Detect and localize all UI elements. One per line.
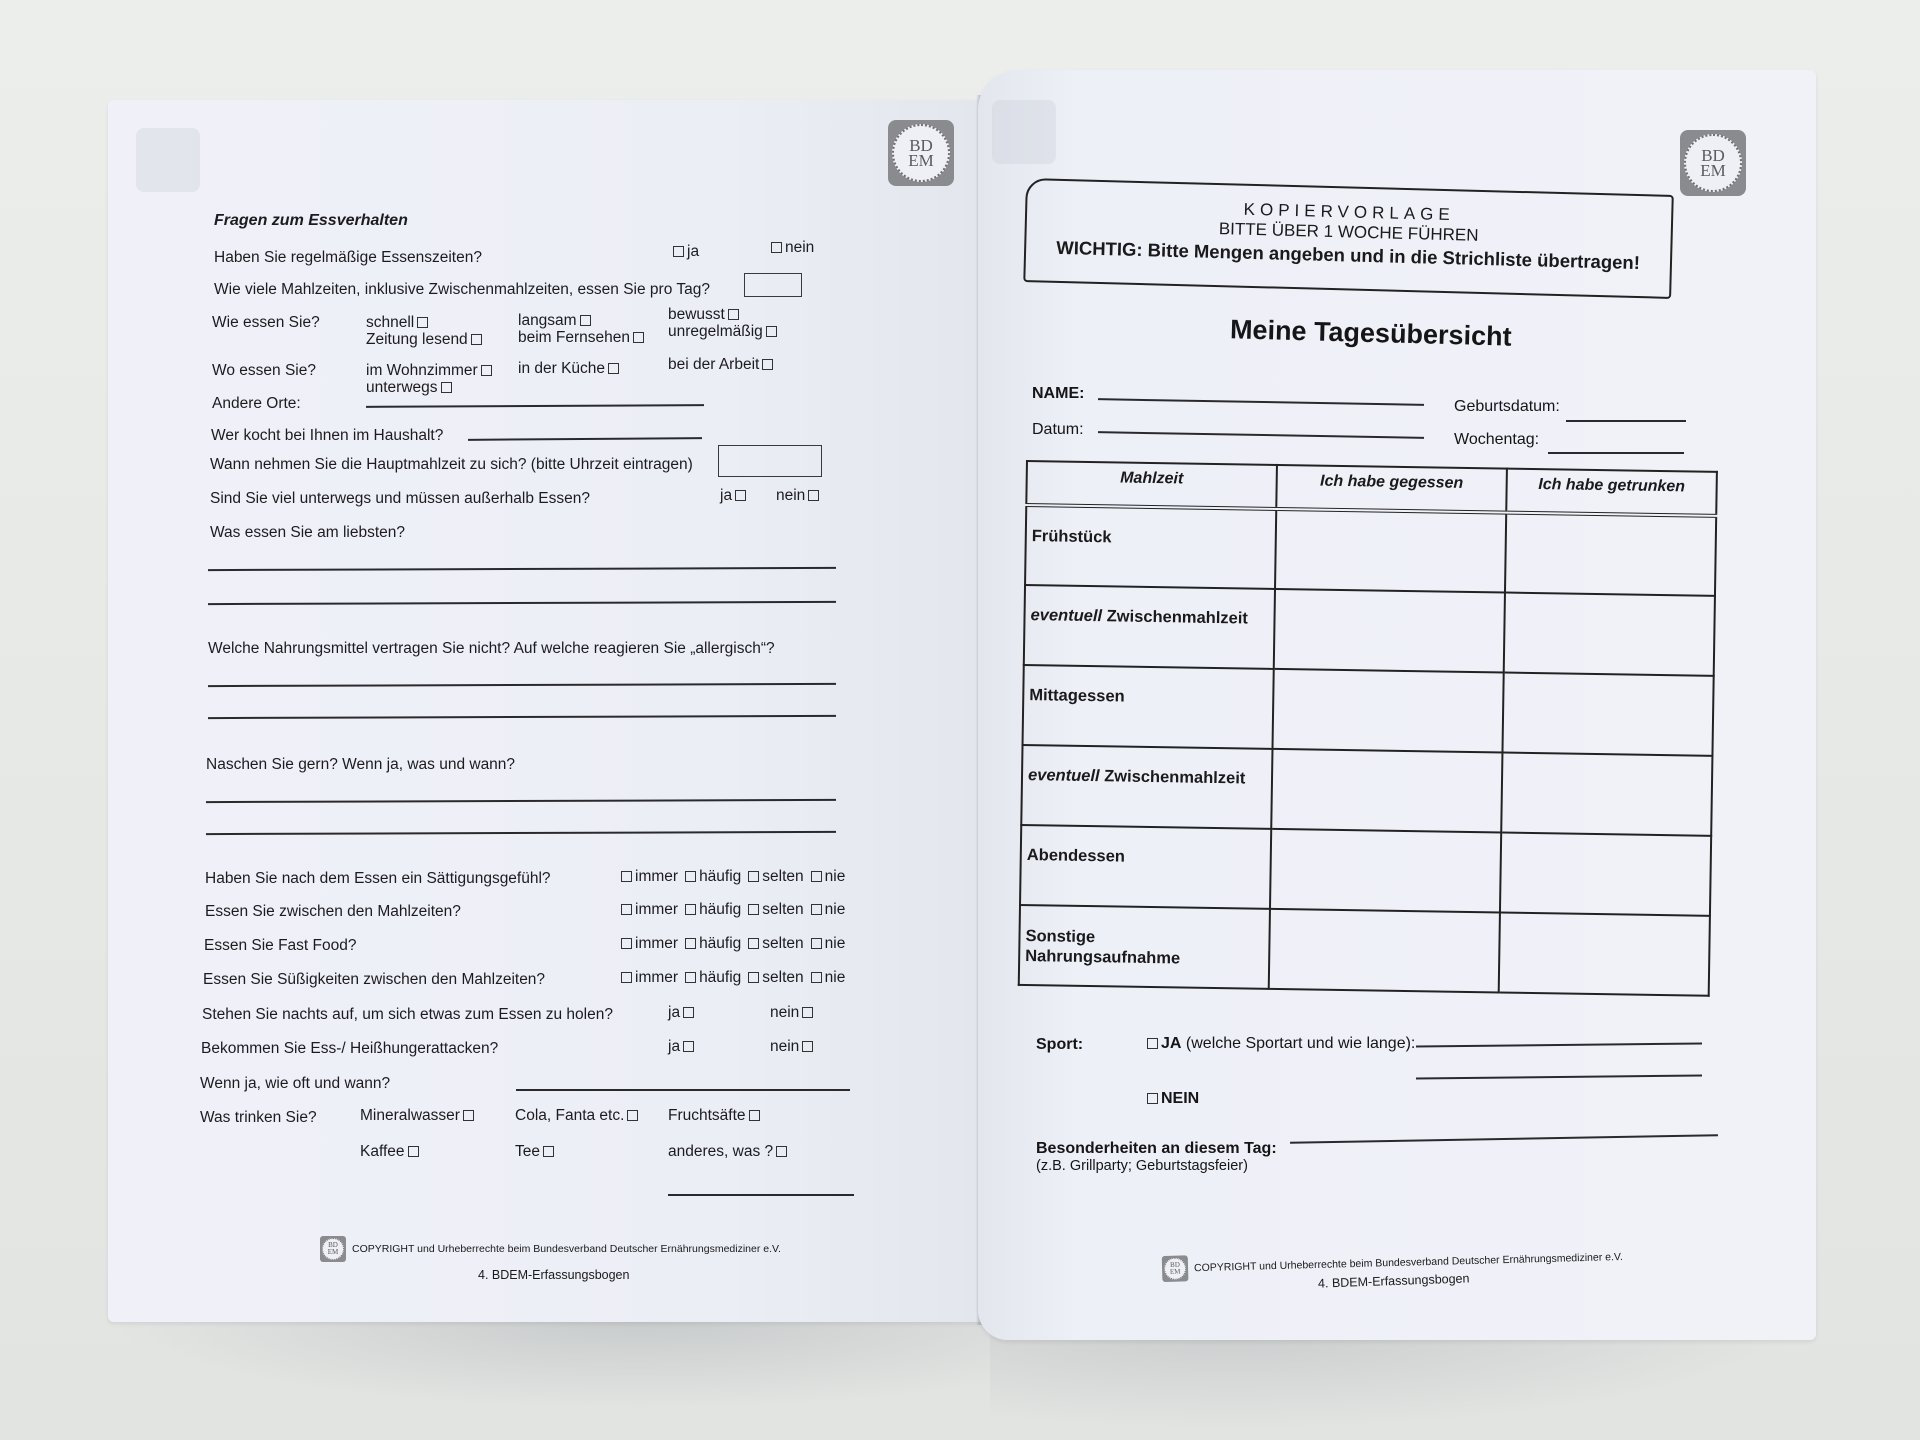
option-wohnzimmer[interactable]: im Wohnzimmer [366, 362, 495, 379]
option-immer[interactable]: immer [618, 868, 678, 885]
bdem-logo: BDEM [1680, 130, 1746, 196]
table-row: eventuell Zwischenmahlzeit [1024, 585, 1715, 676]
meals-count-input[interactable] [744, 273, 802, 297]
option-mineralwasser[interactable]: Mineralwasser [360, 1107, 477, 1125]
checkbox[interactable] [685, 972, 696, 983]
frequency-question: Haben Sie nach dem Essen ein Sättigungsg… [205, 870, 551, 888]
meal-name-cell: Frühstück [1025, 505, 1276, 589]
option-selten[interactable]: selten [745, 935, 803, 952]
drunk-cell[interactable] [1501, 753, 1712, 836]
page-title: Meine Tagesübersicht [1230, 314, 1512, 352]
drunk-cell[interactable] [1499, 913, 1710, 996]
drunk-cell[interactable] [1500, 833, 1711, 916]
checkbox[interactable] [776, 1146, 787, 1157]
favorite-answer-line[interactable] [208, 601, 836, 605]
checkbox[interactable] [802, 1041, 813, 1052]
snacking-answer-line[interactable] [206, 799, 836, 803]
weekday-label: Wochentag: [1454, 431, 1539, 449]
meal-prefix: eventuell [1030, 606, 1102, 625]
option-nein[interactable]: nein [770, 1038, 816, 1056]
frequency-question: Essen Sie Süßigkeiten zwischen den Mahlz… [203, 971, 545, 989]
option-häufig[interactable]: häufig [682, 969, 741, 986]
option-immer[interactable]: immer [618, 935, 678, 952]
frequency-question: Essen Sie Fast Food? [204, 937, 357, 955]
checkbox[interactable] [471, 334, 482, 345]
option-arbeit[interactable]: bei der Arbeit [668, 356, 776, 374]
checkbox[interactable] [633, 332, 644, 343]
checkbox[interactable] [621, 938, 632, 949]
bleed-through-logo [136, 128, 200, 192]
option-häufig[interactable]: häufig [682, 935, 741, 952]
checkbox[interactable] [808, 490, 819, 501]
question-snacking: Naschen Sie gern? Wenn ja, was und wann? [206, 756, 515, 774]
checkbox[interactable] [748, 938, 759, 949]
name-input-line[interactable] [1098, 398, 1424, 405]
meal-label: Sonstige Nahrungsaufnahme [1025, 926, 1186, 969]
option-nein[interactable]: nein [770, 1004, 816, 1022]
checkbox[interactable] [1147, 1038, 1158, 1049]
option-bewusst[interactable]: bewusst [668, 306, 780, 323]
option-anderes[interactable]: anderes, was ? [668, 1143, 790, 1161]
header-eaten: Ich habe gegessen [1276, 465, 1507, 513]
checkbox[interactable] [417, 317, 428, 328]
meal-name-cell: eventuell Zwischenmahlzeit [1021, 745, 1272, 829]
checkbox[interactable] [802, 1007, 813, 1018]
meal-name-cell: Abendessen [1020, 825, 1271, 909]
option-selten[interactable]: selten [745, 969, 803, 986]
special-events-hint: (z.B. Grillparty; Geburtstagsfeier) [1036, 1158, 1248, 1174]
special-events-label: Besonderheiten an diesem Tag: [1036, 1140, 1277, 1158]
checkbox[interactable] [728, 309, 739, 320]
question-other-places: Andere Orte: [212, 395, 301, 413]
question-favorite-food: Was essen Sie am liebsten? [210, 524, 405, 542]
question-allergy: Welche Nahrungsmittel vertragen Sie nich… [208, 640, 775, 658]
option-ja[interactable]: ja [668, 1038, 697, 1056]
checkbox[interactable] [811, 904, 822, 915]
option-immer[interactable]: immer [618, 969, 678, 986]
question-meals-count: Wie viele Mahlzeiten, inklusive Zwischen… [214, 281, 710, 299]
drunk-cell[interactable] [1505, 513, 1716, 596]
option-häufig[interactable]: häufig [682, 868, 741, 885]
checkbox[interactable] [762, 359, 773, 370]
option-ja[interactable]: ja [668, 1004, 697, 1022]
frequency-options: immerhäufigseltennie [618, 901, 849, 919]
checkbox[interactable] [621, 904, 632, 915]
weekday-input-line[interactable] [1548, 452, 1684, 454]
option-nein[interactable]: nein [776, 487, 822, 505]
table-row: Sonstige Nahrungsaufnahme [1019, 905, 1710, 996]
checkbox[interactable] [685, 938, 696, 949]
allergy-answer-line[interactable] [208, 683, 836, 687]
checkbox[interactable] [811, 871, 822, 882]
checkbox[interactable] [771, 242, 782, 253]
meal-label: Zwischenmahlzeit [1107, 607, 1248, 627]
bdem-logo-small: BDEM [1162, 1255, 1189, 1282]
option-nie[interactable]: nie [808, 969, 846, 986]
option-langsam[interactable]: langsam [518, 312, 647, 329]
checkbox[interactable] [627, 1110, 638, 1121]
bdem-logo: BDEM [888, 120, 954, 186]
option-kueche[interactable]: in der Küche [518, 360, 622, 378]
question-how-often: Wenn ja, wie oft und wann? [200, 1075, 390, 1093]
meal-label: Frühstück [1032, 527, 1112, 546]
option-nie[interactable]: nie [808, 935, 846, 952]
checkbox[interactable] [811, 972, 822, 983]
option-selten[interactable]: selten [745, 901, 803, 918]
checkbox[interactable] [608, 363, 619, 374]
option-unterwegs[interactable]: unterwegs [366, 379, 495, 396]
birthdate-label: Geburtsdatum: [1454, 398, 1560, 416]
question-on-the-go: Sind Sie viel unterwegs und müssen außer… [210, 490, 590, 508]
checkbox[interactable] [1147, 1093, 1158, 1104]
name-label: NAME: [1032, 385, 1084, 403]
header-meal: Mahlzeit [1026, 461, 1277, 509]
eaten-cell[interactable] [1271, 749, 1502, 833]
checkbox[interactable] [748, 871, 759, 882]
question-night-eating: Stehen Sie nachts auf, um sich etwas zum… [202, 1006, 613, 1024]
section-title: Fragen zum Essverhalten [214, 212, 408, 230]
checkbox[interactable] [673, 246, 684, 257]
copy-template-banner: KOPIERVORLAGE BITTE ÜBER 1 WOCHE FÜHREN … [1023, 178, 1674, 299]
checkbox[interactable] [748, 972, 759, 983]
checkbox[interactable] [811, 938, 822, 949]
sport-yes-option[interactable]: JA (welche Sportart und wie lange): [1144, 1035, 1415, 1053]
sport-label: Sport: [1036, 1036, 1083, 1054]
sport-answer-line[interactable] [1416, 1075, 1702, 1079]
question-how-eat: Wie essen Sie? [212, 314, 320, 332]
left-page-questionnaire: BDEM Fragen zum Essverhalten Haben Sie r… [108, 100, 984, 1322]
main-meal-time-input[interactable] [718, 445, 822, 477]
favorite-answer-line[interactable] [208, 567, 836, 571]
checkbox[interactable] [735, 490, 746, 501]
how-often-answer-line[interactable] [516, 1089, 850, 1091]
allergy-answer-line[interactable] [208, 715, 836, 719]
checkbox[interactable] [748, 904, 759, 915]
option-nein[interactable]: nein [768, 239, 814, 257]
meal-label: Zwischenmahlzeit [1104, 767, 1245, 787]
birthdate-input-line[interactable] [1566, 420, 1686, 422]
question-who-cooks: Wer kocht bei Ihnen im Haushalt? [211, 427, 443, 445]
option-nie[interactable]: nie [808, 868, 846, 885]
option-häufig[interactable]: häufig [682, 901, 741, 918]
option-ja[interactable]: ja [670, 243, 699, 261]
meal-label: Mittagessen [1029, 686, 1125, 705]
checkbox[interactable] [441, 382, 452, 393]
checkbox[interactable] [749, 1110, 760, 1121]
date-label: Datum: [1032, 421, 1084, 439]
drunk-cell[interactable] [1502, 673, 1713, 756]
checkbox[interactable] [685, 904, 696, 915]
other-places-answer-line[interactable] [366, 404, 704, 407]
date-input-line[interactable] [1098, 431, 1424, 438]
option-kaffee[interactable]: Kaffee [360, 1143, 422, 1161]
meal-label: Abendessen [1027, 846, 1125, 866]
question-where-eat: Wo essen Sie? [212, 362, 316, 380]
who-cooks-answer-line[interactable] [468, 437, 702, 440]
table-row: Frühstück [1025, 505, 1716, 596]
option-zeitung-lesend[interactable]: Zeitung lesend [366, 331, 485, 348]
checkbox[interactable] [408, 1146, 419, 1157]
eaten-cell[interactable] [1270, 829, 1501, 913]
question-main-meal-time: Wann nehmen Sie die Hauptmahlzeit zu sic… [210, 456, 693, 474]
eaten-cell[interactable] [1274, 589, 1505, 673]
meal-log-table: Mahlzeit Ich habe gegessen Ich habe getr… [1018, 460, 1718, 997]
footer-copyright: BDEM COPYRIGHT und Urheberrechte beim Bu… [320, 1236, 781, 1262]
question-regular-meals: Haben Sie regelmäßige Essenszeiten? [214, 249, 482, 267]
snacking-answer-line[interactable] [206, 831, 836, 835]
right-page-daily-overview: BDEM KOPIERVORLAGE BITTE ÜBER 1 WOCHE FÜ… [978, 70, 1816, 1340]
question-drinks: Was trinken Sie? [200, 1109, 317, 1127]
option-tee[interactable]: Tee [515, 1143, 557, 1161]
option-fruchtsaefte[interactable]: Fruchtsäfte [668, 1107, 763, 1125]
checkbox[interactable] [463, 1110, 474, 1121]
option-ja[interactable]: ja [720, 487, 749, 505]
checkbox[interactable] [621, 972, 632, 983]
question-cravings: Bekommen Sie Ess-/ Heißhungerattacken? [201, 1040, 498, 1058]
meal-name-cell: Mittagessen [1023, 665, 1274, 749]
table-row: Mittagessen [1023, 665, 1714, 756]
meal-name-cell: Sonstige Nahrungsaufnahme [1019, 905, 1270, 989]
table-row: eventuell Zwischenmahlzeit [1021, 745, 1712, 836]
option-selten[interactable]: selten [745, 868, 803, 885]
option-unregelmaessig[interactable]: unregelmäßig [668, 323, 780, 340]
frequency-options: immerhäufigseltennie [618, 868, 849, 886]
frequency-question: Essen Sie zwischen den Mahlzeiten? [205, 903, 461, 921]
meal-prefix: eventuell [1028, 766, 1100, 785]
checkbox[interactable] [683, 1007, 694, 1018]
option-cola-fanta[interactable]: Cola, Fanta etc. [515, 1107, 641, 1125]
eaten-cell[interactable] [1275, 509, 1506, 593]
option-beim-fernsehen[interactable]: beim Fernsehen [518, 329, 647, 346]
checkbox[interactable] [685, 871, 696, 882]
special-events-answer-line[interactable] [1290, 1134, 1718, 1143]
checkbox[interactable] [481, 365, 492, 376]
checkbox[interactable] [766, 326, 777, 337]
checkbox[interactable] [580, 315, 591, 326]
checkbox[interactable] [683, 1041, 694, 1052]
sport-no-option[interactable]: NEIN [1144, 1090, 1199, 1108]
drunk-cell[interactable] [1504, 593, 1715, 676]
table-row: Abendessen [1020, 825, 1711, 916]
frequency-options: immerhäufigseltennie [618, 935, 849, 953]
eaten-cell[interactable] [1269, 909, 1500, 993]
footer-page-number: 4. BDEM-Erfassungsbogen [478, 1268, 629, 1282]
eaten-cell[interactable] [1272, 669, 1503, 753]
option-schnell[interactable]: schnell [366, 314, 485, 331]
page-shadow [110, 1320, 990, 1410]
checkbox[interactable] [621, 871, 632, 882]
option-immer[interactable]: immer [618, 901, 678, 918]
sport-answer-line[interactable] [1416, 1043, 1702, 1047]
option-nie[interactable]: nie [808, 901, 846, 918]
header-drunk: Ich habe getrunken [1506, 469, 1717, 516]
frequency-options: immerhäufigseltennie [618, 969, 849, 987]
other-drink-answer-line[interactable] [668, 1194, 854, 1196]
checkbox[interactable] [543, 1146, 554, 1157]
bdem-logo-small: BDEM [320, 1236, 346, 1262]
meal-name-cell: eventuell Zwischenmahlzeit [1024, 585, 1275, 669]
bleed-through-logo [992, 100, 1056, 164]
